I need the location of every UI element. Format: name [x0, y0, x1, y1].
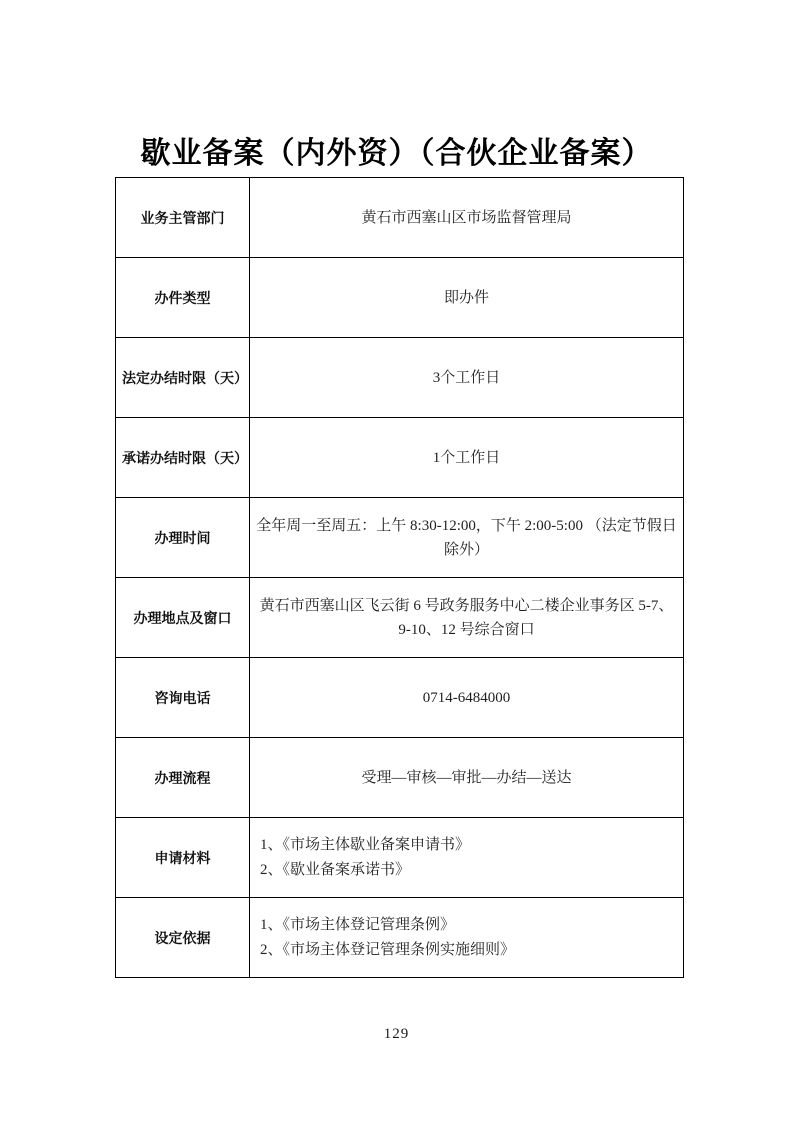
page-number: 129 — [0, 1026, 793, 1043]
row-value: 黄石市西塞山区飞云街 6 号政务服务中心二楼企业事务区 5-7、9-10、12 … — [250, 578, 684, 658]
row-value: 1、《市场主体歇业备案申请书》 2、《歇业备案承诺书》 — [250, 818, 684, 898]
row-label: 办理流程 — [116, 738, 250, 818]
table-row-legal-basis: 设定依据 1、《市场主体登记管理条例》 2、《市场主体登记管理条例实施细则》 — [116, 898, 684, 978]
page-title: 歇业备案（内外资）（合伙企业备案） — [0, 133, 793, 175]
table-row-phone: 咨询电话 0714-6484000 — [116, 658, 684, 738]
basis-item: 1、《市场主体登记管理条例》 — [260, 913, 678, 938]
document-page: 歇业备案（内外资）（合伙企业备案） 业务主管部门 黄石市西塞山区市场监督管理局 … — [0, 0, 793, 1122]
row-label: 申请材料 — [116, 818, 250, 898]
row-value: 1个工作日 — [250, 418, 684, 498]
table-row-item-type: 办件类型 即办件 — [116, 258, 684, 338]
row-value: 0714-6484000 — [250, 658, 684, 738]
row-value: 3个工作日 — [250, 338, 684, 418]
row-value: 1、《市场主体登记管理条例》 2、《市场主体登记管理条例实施细则》 — [250, 898, 684, 978]
info-table: 业务主管部门 黄石市西塞山区市场监督管理局 办件类型 即办件 法定办结时限（天）… — [115, 177, 684, 978]
row-label: 办理时间 — [116, 498, 250, 578]
row-value: 受理—审核—审批—办结—送达 — [250, 738, 684, 818]
row-label: 业务主管部门 — [116, 178, 250, 258]
table-row-business-dept: 业务主管部门 黄石市西塞山区市场监督管理局 — [116, 178, 684, 258]
table-row-process: 办理流程 受理—审核—审批—办结—送达 — [116, 738, 684, 818]
row-label: 法定办结时限（天） — [116, 338, 250, 418]
row-label: 承诺办结时限（天） — [116, 418, 250, 498]
row-value: 黄石市西塞山区市场监督管理局 — [250, 178, 684, 258]
material-item: 1、《市场主体歇业备案申请书》 — [260, 833, 678, 858]
table-row-statutory-time-limit: 法定办结时限（天） 3个工作日 — [116, 338, 684, 418]
row-label: 咨询电话 — [116, 658, 250, 738]
row-label: 设定依据 — [116, 898, 250, 978]
table-row-application-materials: 申请材料 1、《市场主体歇业备案申请书》 2、《歇业备案承诺书》 — [116, 818, 684, 898]
row-value: 全年周一至周五：上午 8:30-12:00，下午 2:00-5:00 （法定节假… — [250, 498, 684, 578]
row-label: 办理地点及窗口 — [116, 578, 250, 658]
row-value: 即办件 — [250, 258, 684, 338]
basis-item: 2、《市场主体登记管理条例实施细则》 — [260, 938, 678, 963]
material-item: 2、《歇业备案承诺书》 — [260, 858, 678, 883]
table-row-location-window: 办理地点及窗口 黄石市西塞山区飞云街 6 号政务服务中心二楼企业事务区 5-7、… — [116, 578, 684, 658]
table-row-service-hours: 办理时间 全年周一至周五：上午 8:30-12:00，下午 2:00-5:00 … — [116, 498, 684, 578]
row-label: 办件类型 — [116, 258, 250, 338]
table-row-promised-time-limit: 承诺办结时限（天） 1个工作日 — [116, 418, 684, 498]
